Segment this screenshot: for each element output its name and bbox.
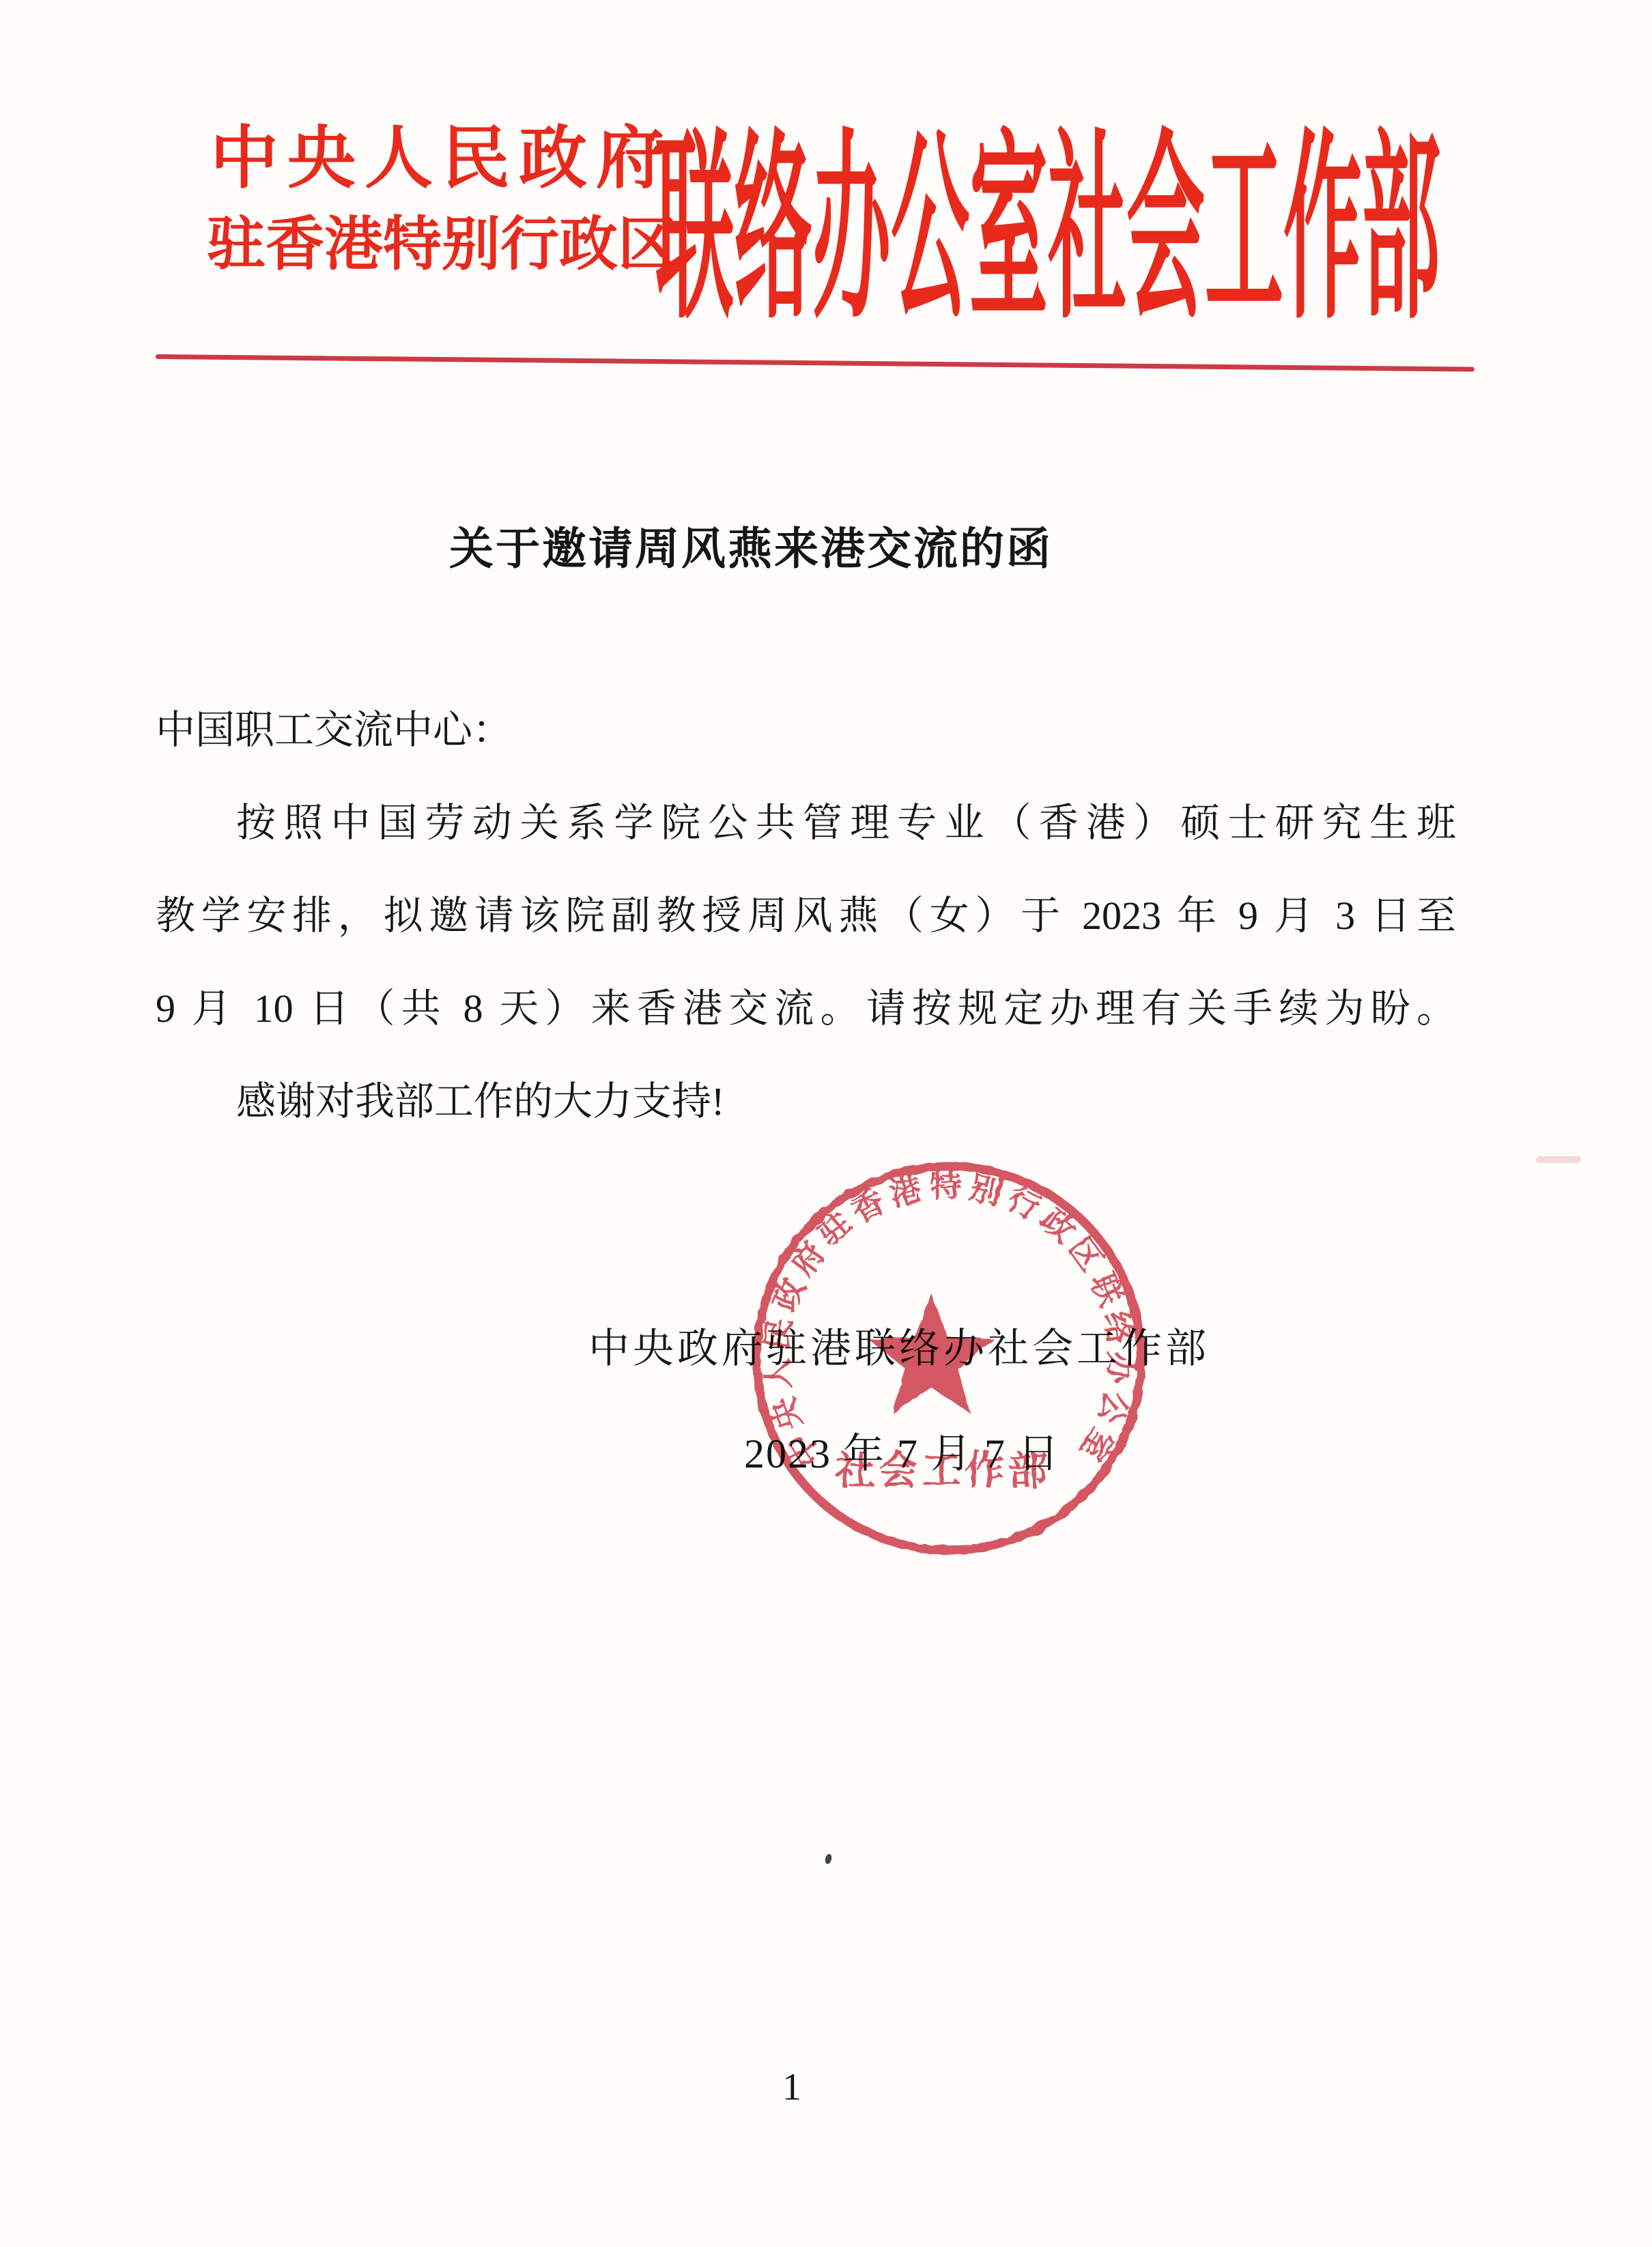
red-star-icon (868, 1293, 995, 1414)
letter-body: 中国职工交流中心： 按照中国劳动关系学院公共管理专业（香港）硕士研究生班 教学安… (156, 684, 1456, 1148)
salutation: 中国职工交流中心： (156, 684, 1456, 777)
body-line: 教学安排，拟邀请该院副教授周风燕（女）于 2023 年 9 月 3 日至 (156, 870, 1456, 962)
page-number: 1 (0, 2065, 1584, 2109)
ink-speck-artifact (824, 1853, 833, 1865)
letterhead-line2: 驻香港特别行政区 (207, 215, 677, 274)
letterhead-line1: 中央人民政府 (207, 125, 677, 193)
body-line: 感谢对我部工作的大力支持! (156, 1055, 1456, 1148)
document-title: 关于邀请周风燕来港交流的函 (0, 523, 1502, 576)
letterhead-big-text: 联络办公室社会工作部 (655, 130, 1440, 332)
letterhead-small-text: 中央人民政府 驻香港特别行政区 (207, 125, 677, 274)
body-line: 9 月 10 日（共 8 天）来香港交流。请按规定办理有关手续为盼。 (156, 962, 1456, 1055)
body-line: 按照中国劳动关系学院公共管理专业（香港）硕士研究生班 (156, 777, 1456, 870)
official-seal-stamp: 中央人民政府驻香港特别行政区联络办公室 社会工作部 (746, 1154, 1152, 1563)
stamp-bottom-text: 社会工作部 (836, 1449, 1052, 1493)
letterhead-divider-rule (156, 354, 1475, 372)
scanned-letter-page: 中央人民政府 驻香港特别行政区 联络办公室社会工作部 关于邀请周风燕来港交流的函… (0, 0, 1652, 2247)
pink-smudge-artifact (1536, 1156, 1581, 1163)
